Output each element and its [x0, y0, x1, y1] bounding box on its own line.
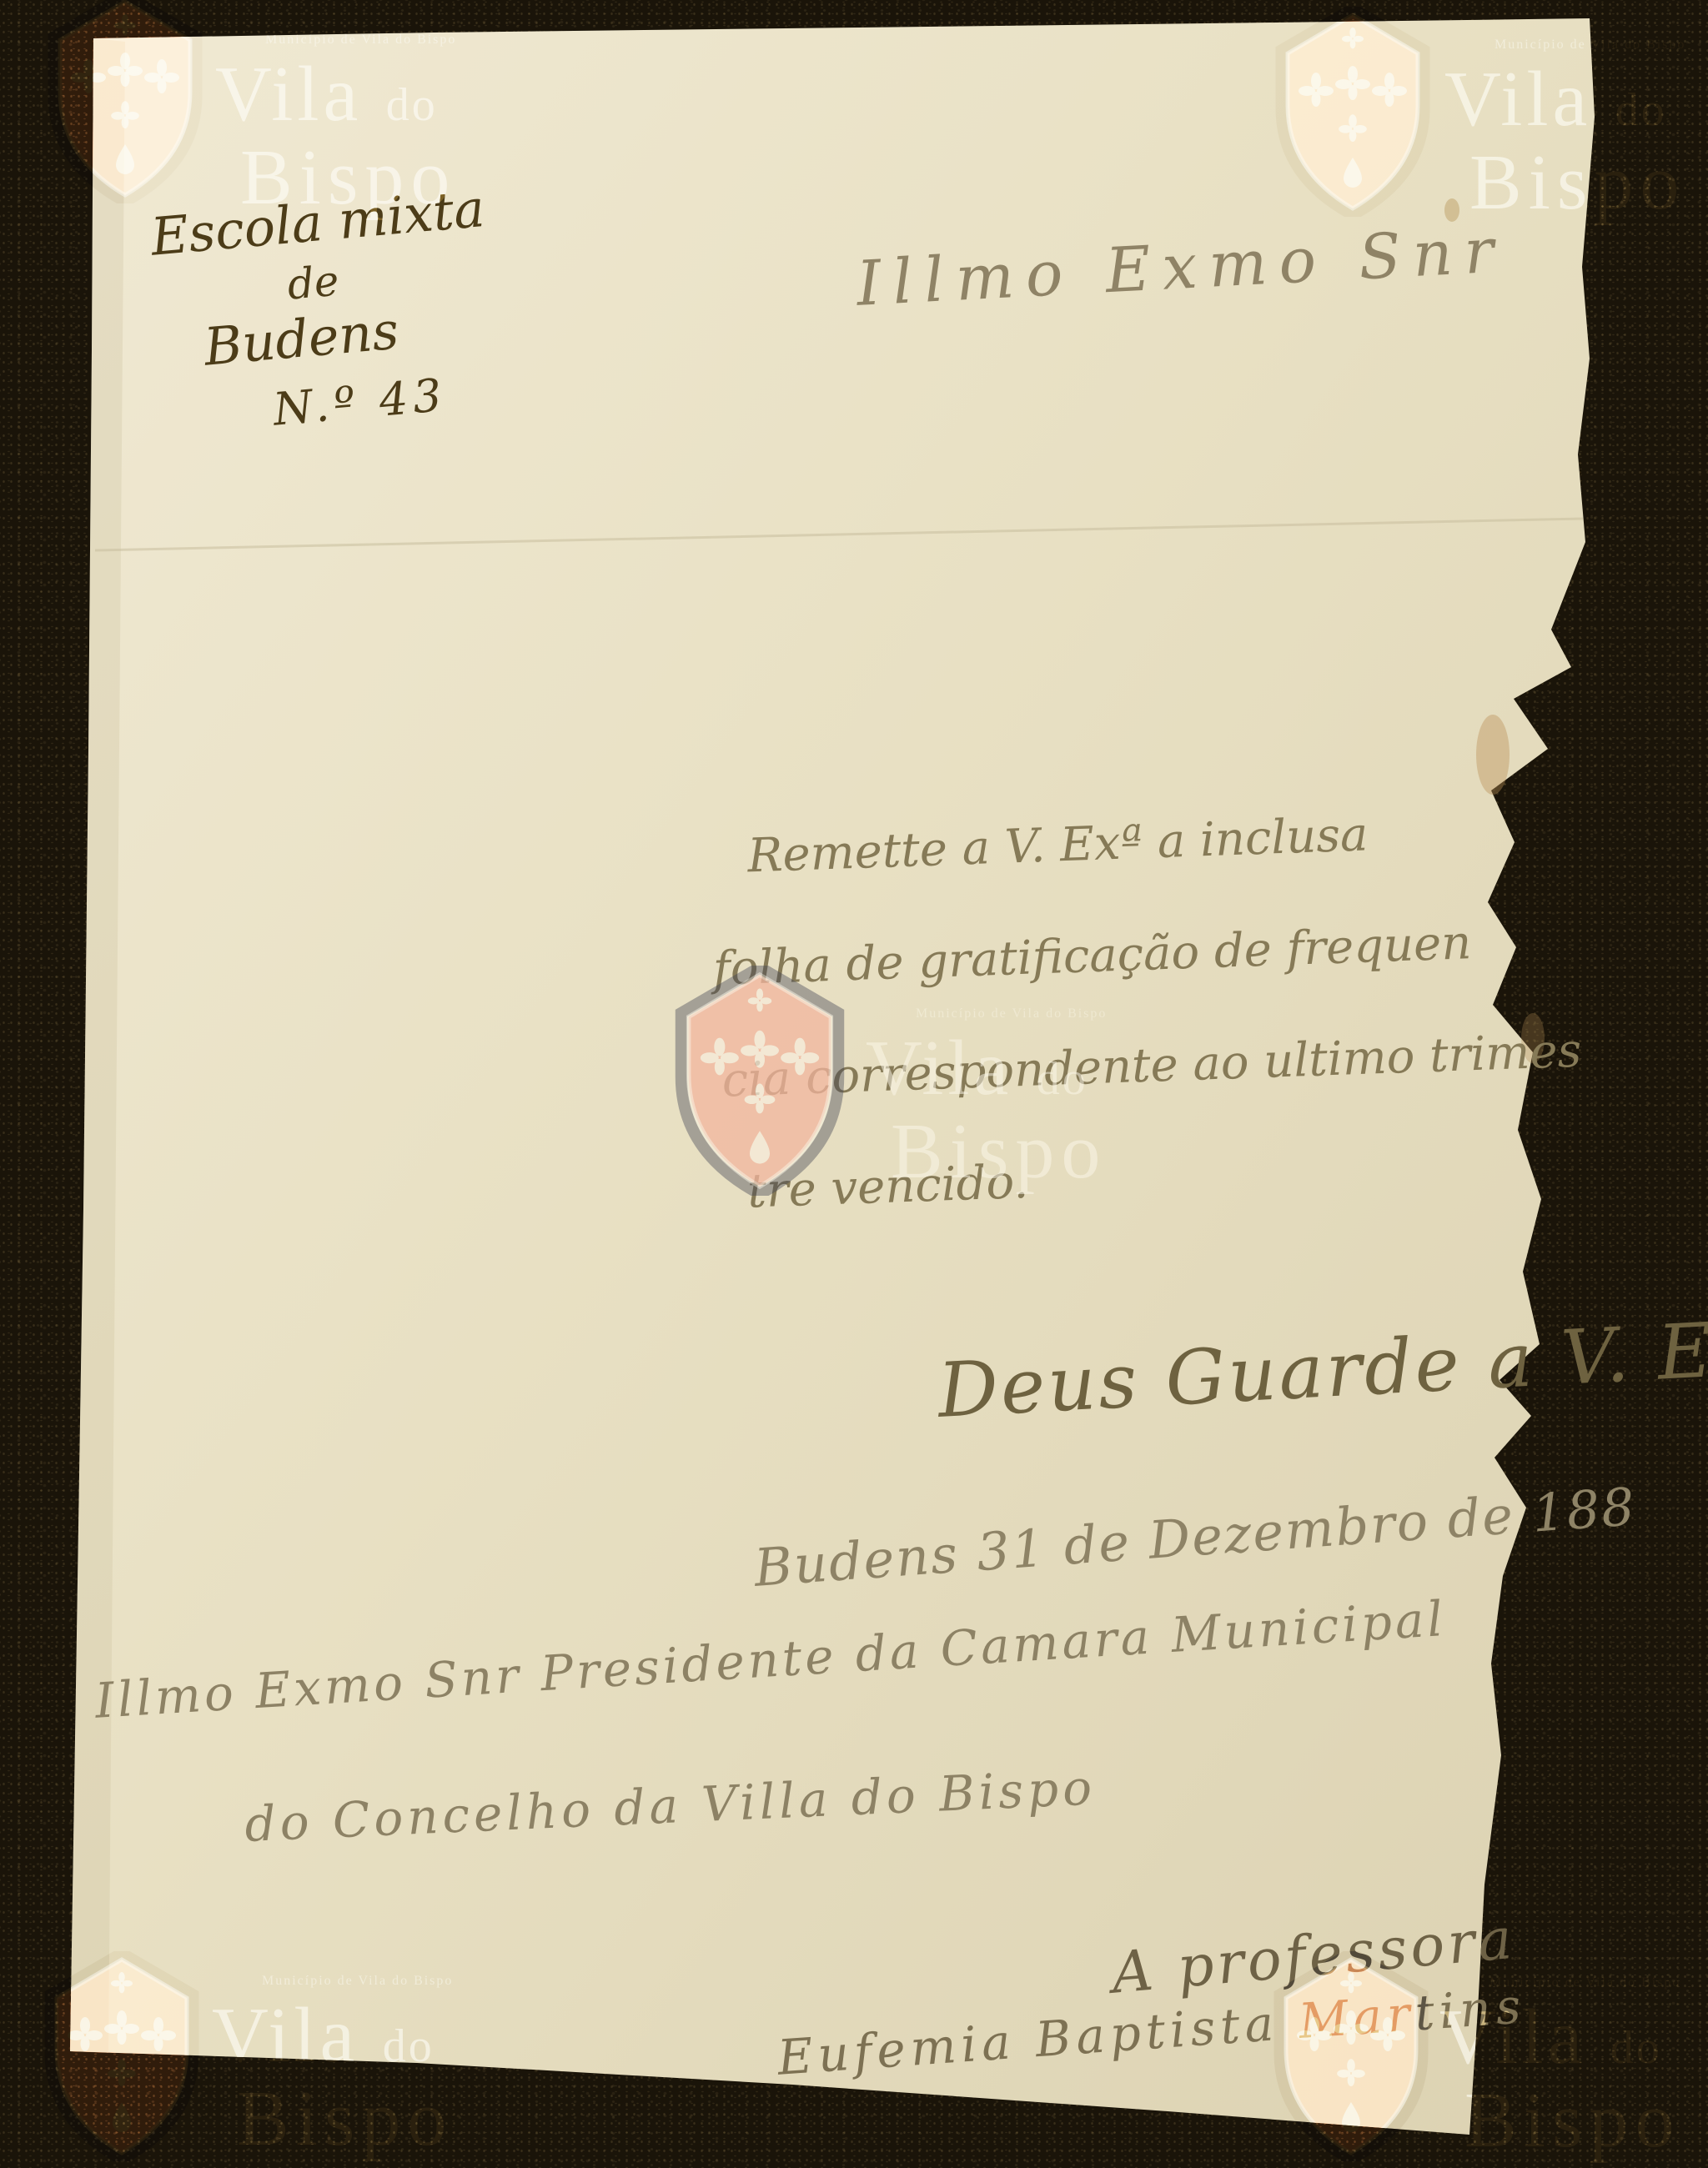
margin-header: Escola mixta de Budens N.º 43	[148, 178, 503, 445]
scanned-letter-photograph: Escola mixta de Budens N.º 43 Illmo Exmo…	[0, 0, 1708, 2168]
school-name-line: Budens	[202, 292, 497, 378]
letter-body: Remette a V. Exª a inclusa folha de grat…	[707, 772, 1587, 1249]
